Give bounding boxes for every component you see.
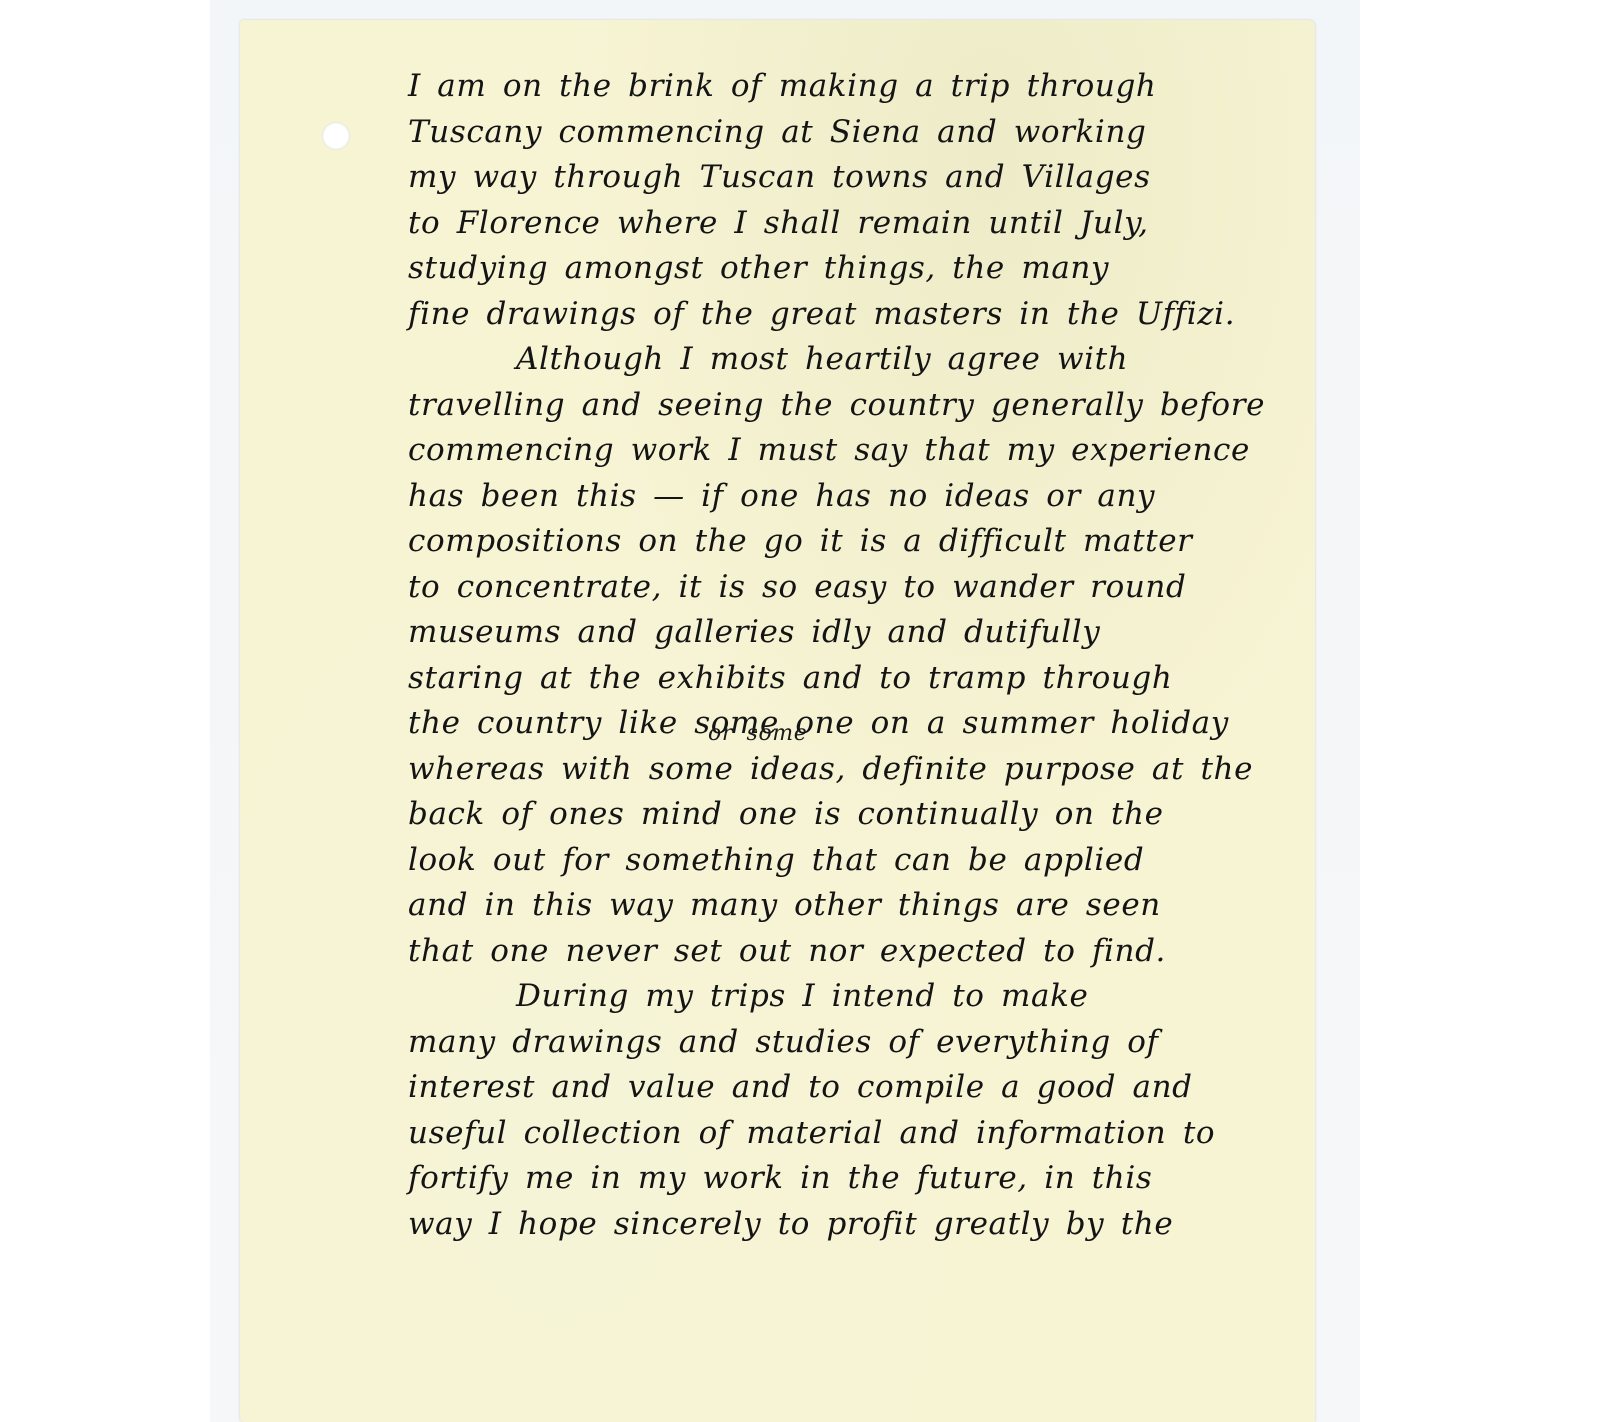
letter-line: compositions on the go it is a difficult… xyxy=(408,519,1288,565)
letter-line-paragraph-start: Although I most heartily agree with xyxy=(408,337,1288,383)
letter-line: I am on the brink of making a trip throu… xyxy=(408,64,1288,110)
letter-line: staring at the exhibits and to tramp thr… xyxy=(408,656,1288,702)
letter-line: way I hope sincerely to profit greatly b… xyxy=(408,1202,1288,1248)
letter-line: studying amongst other things, the many xyxy=(408,246,1288,292)
letter-line: my way through Tuscan towns and Villages xyxy=(408,155,1288,201)
letter-line: commencing work I must say that my exper… xyxy=(408,428,1288,474)
letter-line: many drawings and studies of everything … xyxy=(408,1020,1288,1066)
letter-line: that one never set out nor expected to f… xyxy=(408,929,1288,975)
letter-line: has been this — if one has no ideas or a… xyxy=(408,474,1288,520)
punch-hole xyxy=(322,122,350,150)
letter-line-text: whereas with some ideas, definite purpos… xyxy=(408,751,1253,787)
letter-line: useful collection of material and inform… xyxy=(408,1111,1288,1157)
letter-line: museums and galleries idly and dutifully xyxy=(408,610,1288,656)
interlinear-insertion: or some xyxy=(708,723,807,745)
letter-line: to concentrate, it is so easy to wander … xyxy=(408,565,1288,611)
letter-line: interest and value and to compile a good… xyxy=(408,1065,1288,1111)
letter-line: the country like some one on a summer ho… xyxy=(408,701,1288,747)
letter-line: and in this way many other things are se… xyxy=(408,883,1288,929)
letter-line: look out for something that can be appli… xyxy=(408,838,1288,884)
letter-line-with-insertion: or some whereas with some ideas, definit… xyxy=(408,747,1288,793)
letter-line: back of ones mind one is continually on … xyxy=(408,792,1288,838)
letter-line: fortify me in my work in the future, in … xyxy=(408,1156,1288,1202)
letter-line: fine drawings of the great masters in th… xyxy=(408,292,1288,338)
handwritten-letter-body: I am on the brink of making a trip throu… xyxy=(408,64,1288,1247)
letter-line: to Florence where I shall remain until J… xyxy=(408,201,1288,247)
letter-line: Tuscany commencing at Siena and working xyxy=(408,110,1288,156)
letter-line: travelling and seeing the country genera… xyxy=(408,383,1288,429)
letter-line-paragraph-start: During my trips I intend to make xyxy=(408,974,1288,1020)
